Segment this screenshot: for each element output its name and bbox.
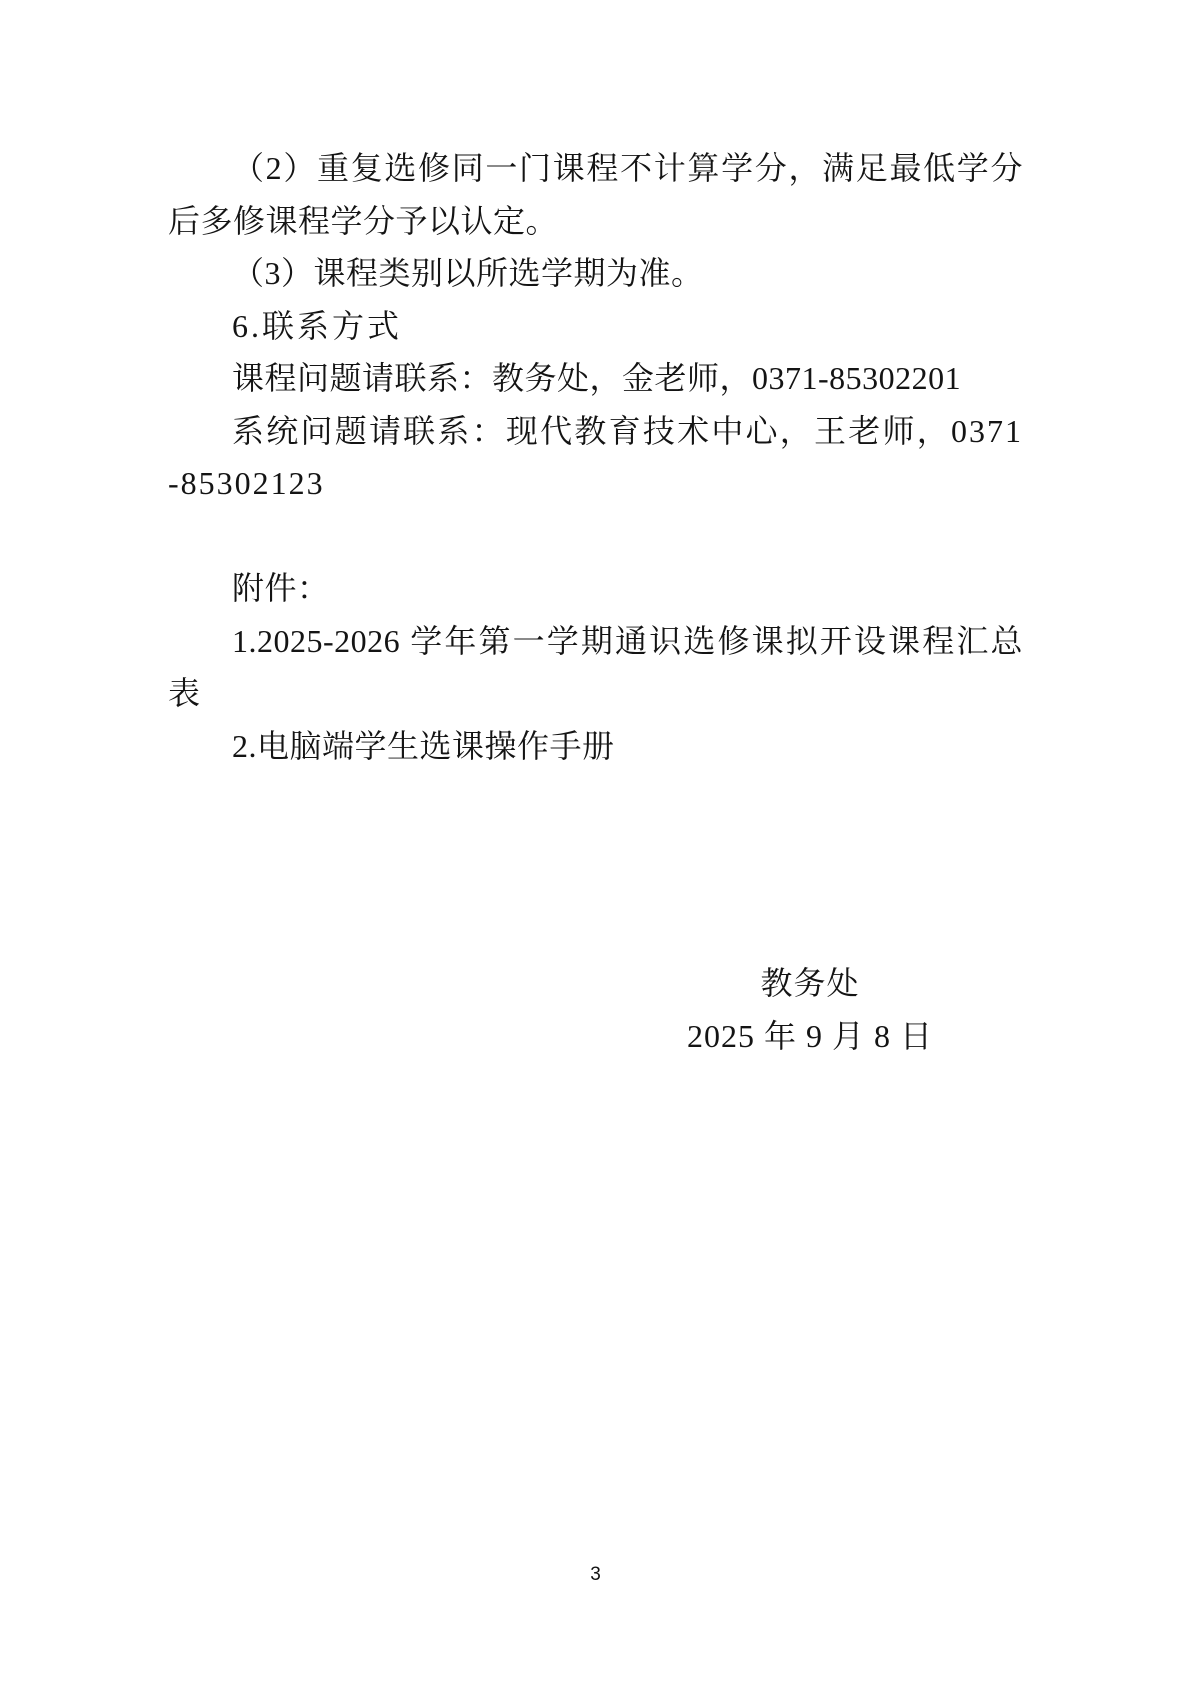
paragraph-contact-system: 系统问题请联系：现代教育技术中心，王老师，0371-85302123 — [168, 405, 1023, 510]
document-page: （2）重复选修同一门课程不计算学分，满足最低学分后多修课程学分予以认定。 （3）… — [0, 0, 1191, 1684]
signature-department: 教务处 — [687, 957, 933, 1010]
attachment-item-2: 2.电脑端学生选课操作手册 — [168, 720, 1023, 773]
attachment-item-1: 1.2025-2026 学年第一学期通识选修课拟开设课程汇总表 — [168, 615, 1023, 720]
signature-date: 2025 年 9 月 8 日 — [687, 1010, 933, 1063]
signature-block: 教务处 2025 年 9 月 8 日 — [687, 957, 933, 1063]
document-body: （2）重复选修同一门课程不计算学分，满足最低学分后多修课程学分予以认定。 （3）… — [168, 142, 1023, 772]
paragraph-rule-3: （3）课程类别以所选学期为准。 — [168, 247, 1023, 300]
paragraph-contact-course: 课程问题请联系：教务处，金老师，0371-85302201 — [168, 352, 1023, 405]
paragraph-rule-2: （2）重复选修同一门课程不计算学分，满足最低学分后多修课程学分予以认定。 — [168, 142, 1023, 247]
page-number: 3 — [0, 1564, 1191, 1586]
attachments-label: 附件： — [168, 562, 1023, 615]
heading-contact-info: 6.联系方式 — [168, 300, 1023, 353]
signature-inner: 教务处 2025 年 9 月 8 日 — [687, 957, 933, 1063]
